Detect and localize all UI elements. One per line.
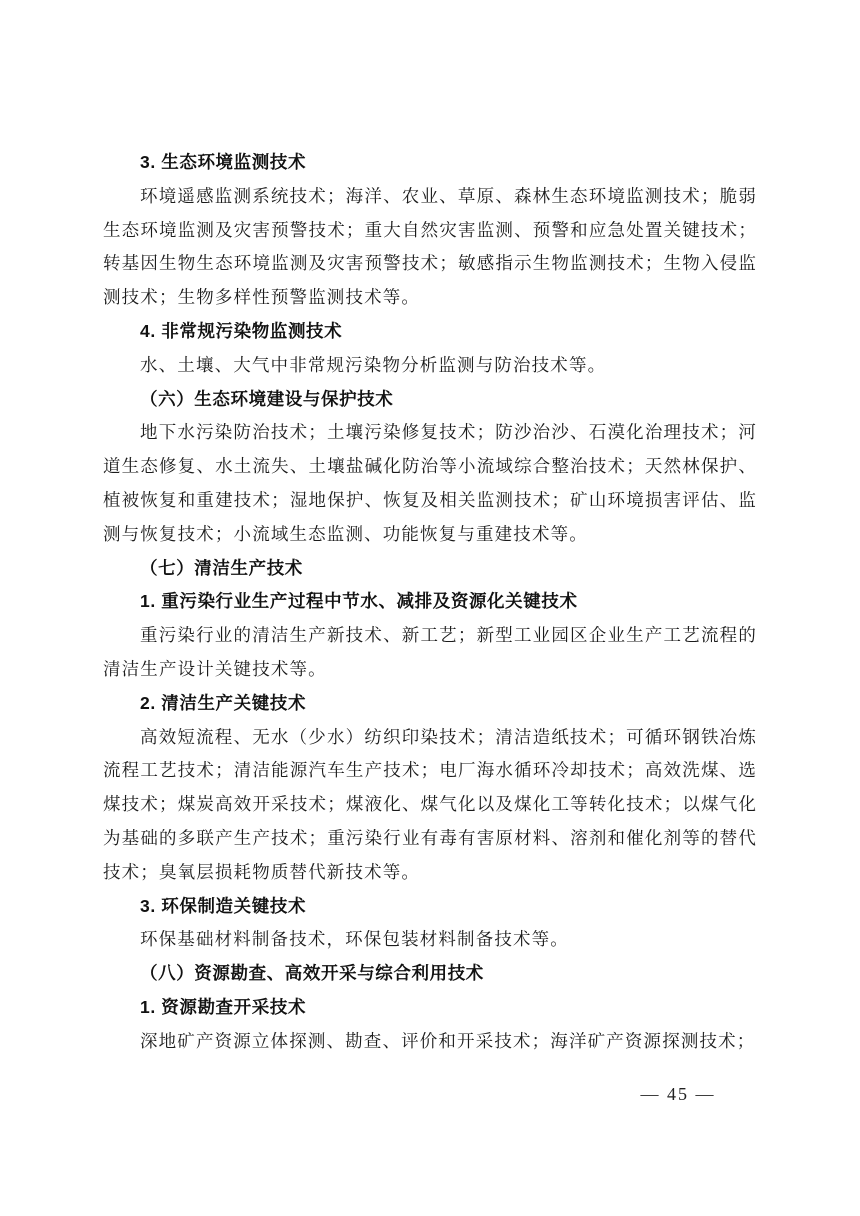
heading-clean-production-key-tech: 2. 清洁生产关键技术	[103, 687, 757, 721]
document-page: 3. 生态环境监测技术 环境遥感监测系统技术；海洋、农业、草原、森林生态环境监测…	[0, 0, 860, 1216]
paragraph-environmental-manufacturing: 环保基础材料制备技术，环保包装材料制备技术等。	[103, 923, 757, 957]
paragraph-clean-production-key-tech: 高效短流程、无水（少水）纺织印染技术；清洁造纸技术；可循环钢铁冶炼流程工艺技术；…	[103, 721, 757, 890]
heading-resource-exploration-mining-tech: 1. 资源勘查开采技术	[103, 991, 757, 1025]
page-number: — 45 —	[618, 1083, 738, 1105]
section-heading-six-eco-construction-protection: （六）生态环境建设与保护技术	[103, 383, 757, 417]
heading-heavy-pollution-water-saving: 1. 重污染行业生产过程中节水、减排及资源化关键技术	[103, 585, 757, 619]
paragraph-eco-environment-monitoring: 环境遥感监测系统技术；海洋、农业、草原、森林生态环境监测技术；脆弱生态环境监测及…	[103, 180, 757, 315]
paragraph-eco-construction-protection: 地下水污染防治技术；土壤污染修复技术；防沙治沙、石漠化治理技术；河道生态修复、水…	[103, 416, 757, 551]
paragraph-unconventional-pollutant: 水、土壤、大气中非常规污染物分析监测与防治技术等。	[103, 349, 757, 383]
section-heading-eight-resource-exploration: （八）资源勘查、高效开采与综合利用技术	[103, 957, 757, 991]
heading-unconventional-pollutant-monitoring: 4. 非常规污染物监测技术	[103, 315, 757, 349]
paragraph-heavy-pollution-clean-production: 重污染行业的清洁生产新技术、新工艺；新型工业园区企业生产工艺流程的清洁生产设计关…	[103, 619, 757, 687]
paragraph-deep-mineral-resources: 深地矿产资源立体探测、勘查、评价和开采技术；海洋矿产资源探测技术；	[103, 1025, 757, 1059]
heading-environmental-manufacturing-key-tech: 3. 环保制造关键技术	[103, 890, 757, 924]
section-heading-seven-clean-production: （七）清洁生产技术	[103, 552, 757, 586]
document-body: 3. 生态环境监测技术 环境遥感监测系统技术；海洋、农业、草原、森林生态环境监测…	[103, 146, 757, 1059]
heading-eco-environment-monitoring-tech: 3. 生态环境监测技术	[103, 146, 757, 180]
